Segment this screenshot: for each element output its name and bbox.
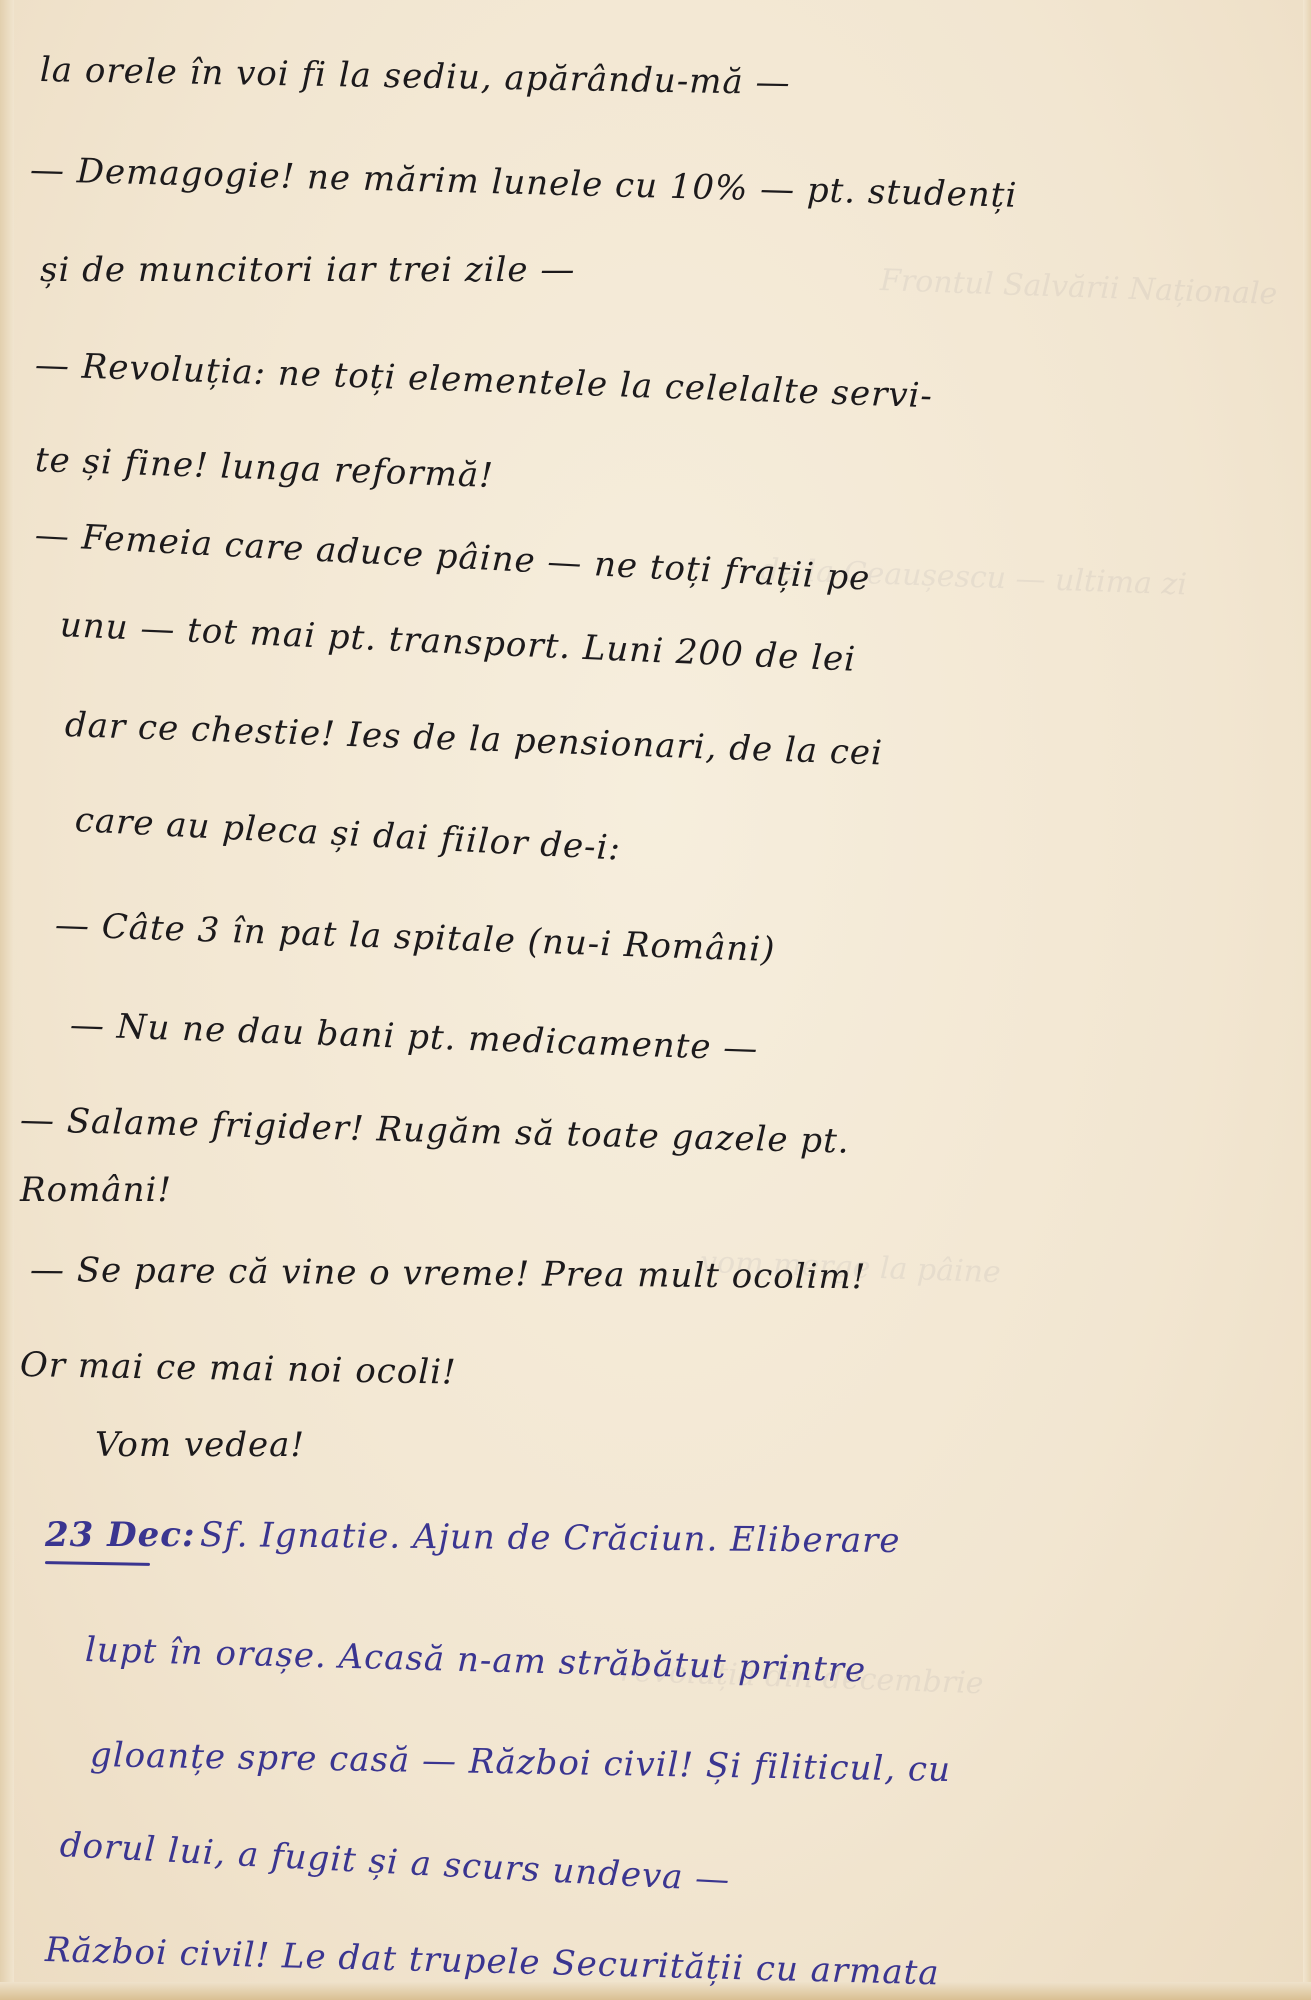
handwritten-line: — Se pare că vine o vreme! Prea mult oco… (30, 1250, 867, 1297)
handwritten-line: — Câte 3 în pat la spitale (nu-i Români) (54, 905, 776, 970)
entry-date: 23 Dec: (45, 1515, 196, 1555)
handwritten-line: Or mai ce mai noi ocoli! (20, 1345, 457, 1393)
handwritten-line: Români! (20, 1170, 172, 1210)
page-spine-shadow (0, 0, 14, 2000)
handwritten-line: și de muncitori iar trei zile — (40, 250, 575, 290)
handwritten-line: Sf. Ignatie. Ajun de Crăciun. Eliberare (200, 1515, 901, 1561)
page-right-edge (1303, 0, 1311, 2000)
handwritten-line: Vom vedea! (95, 1425, 305, 1465)
handwritten-line: — Salame frigider! Rugăm să toate gazele… (19, 1100, 850, 1162)
handwritten-line: lupt în orașe. Acasă n-am străbătut prin… (84, 1630, 866, 1690)
handwritten-line: unu — tot mai pt. transport. Luni 200 de… (59, 605, 857, 680)
handwritten-line: te și fine! lunga reformă! (34, 440, 494, 496)
handwritten-line: care au pleca și dai fiilor de-i: (74, 800, 622, 869)
show-through-text: Frontul Salvării Naționale (880, 263, 1278, 312)
handwritten-line: — Femeia care aduce pâine — ne toți fraț… (34, 515, 871, 599)
handwritten-line: dorul lui, a fugit și a scurs undeva — (59, 1825, 731, 1900)
handwritten-line: la orele în voi fi la sediu, apărându-mă… (40, 50, 791, 103)
diary-page: Frontul Salvării Naționale de la Ceaușes… (0, 0, 1311, 2000)
date-underline (45, 1561, 150, 1566)
handwritten-line: dar ce chestie! Ies de la pensionari, de… (64, 705, 883, 774)
handwritten-line: gloanțe spre casă — Război civil! Și fil… (90, 1735, 952, 1790)
handwritten-line: — Revoluția: ne toți elementele la celel… (34, 345, 933, 416)
handwritten-line: — Nu ne dau bani pt. medicamente — (69, 1005, 759, 1069)
handwritten-line: — Demagogie! ne mărim lunele cu 10% — pt… (29, 150, 1017, 216)
